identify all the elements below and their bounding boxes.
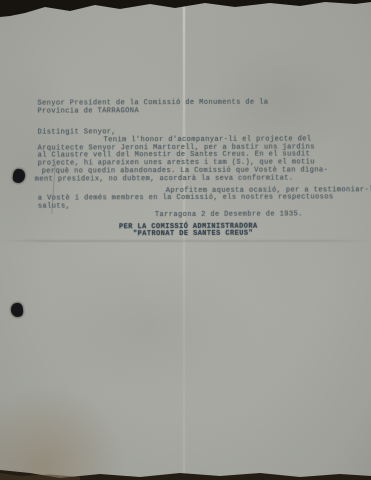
letter-line-body: ment presideix, no dubtem, acordarà la s… — [35, 175, 294, 184]
letter-line-address: Senyor President de la Comissió de Monum… — [37, 99, 268, 108]
scanned-letter-page: Senyor President de la Comissió de Monum… — [0, 0, 371, 480]
letter-line-closing: a Vostè i demés membres en la Comissió, … — [38, 193, 334, 202]
letter-line-signature: "PATRONAT DE SANTES CREUS" — [133, 230, 253, 239]
letter-line-dateline: Tarragona 2 de Desembre de 1935. — [155, 210, 303, 219]
letter-text-block: Senyor President de la Comissió de Monum… — [0, 0, 371, 480]
letter-line-address: Província de TARRAGONA — [37, 107, 139, 115]
letter-line-closing: saluts, — [38, 203, 70, 211]
